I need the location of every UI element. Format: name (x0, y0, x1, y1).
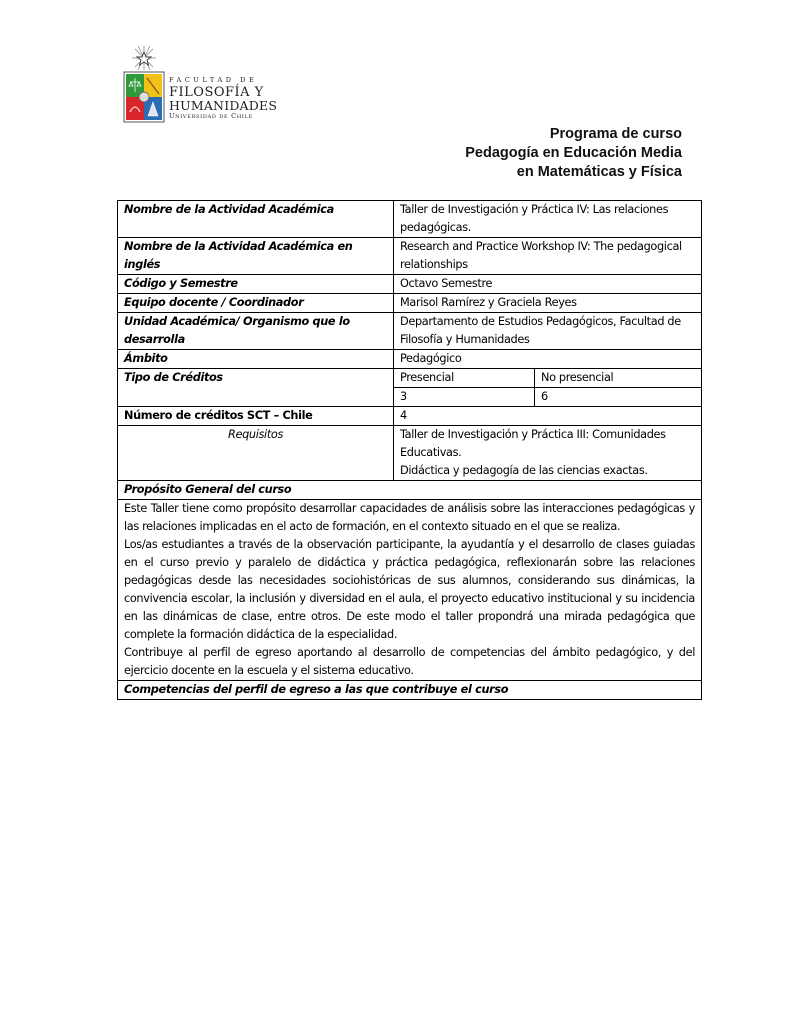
no-presencial-label: No presencial (535, 369, 702, 388)
requisito-item: Didáctica y pedagogía de las ciencias ex… (400, 462, 695, 480)
purpose-header-row: Propósito General del curso (118, 481, 702, 500)
title-line-1: Programa de curso (465, 125, 682, 144)
purpose-paragraph: Contribuye al perfil de egreso aportando… (124, 644, 695, 680)
table-row: Equipo docente / Coordinador Marisol Ram… (118, 294, 702, 313)
row-label: Nombre de la Actividad Académica en ingl… (118, 238, 394, 275)
purpose-paragraph: Este Taller tiene como propósito desarro… (124, 500, 695, 536)
sct-label: Número de créditos SCT – Chile (118, 407, 394, 426)
faculty-name: FACULTAD DE FILOSOFÍA Y HUMANIDADES Univ… (169, 77, 277, 120)
credits-header-row: Tipo de Créditos Presencial No presencia… (118, 369, 702, 388)
purpose-paragraph: Los/as estudiantes a través de la observ… (124, 536, 695, 644)
table-row: Nombre de la Actividad Académica Taller … (118, 201, 702, 238)
presencial-label: Presencial (394, 369, 535, 388)
row-value: Pedagógico (394, 350, 702, 369)
row-value: Taller de Investigación y Práctica IV: L… (394, 201, 702, 238)
table-row: Unidad Académica/ Organismo que lo desar… (118, 313, 702, 350)
course-info-table: Nombre de la Actividad Académica Taller … (117, 200, 702, 700)
faculty-line-3: HUMANIDADES (169, 100, 277, 113)
competencias-header-row: Competencias del perfil de egreso a las … (118, 681, 702, 700)
row-label: Código y Semestre (118, 275, 394, 294)
title-line-3: en Matemáticas y Física (465, 163, 682, 182)
competencias-label: Competencias del perfil de egreso a las … (118, 681, 702, 700)
row-value: Marisol Ramírez y Graciela Reyes (394, 294, 702, 313)
purpose-body-row: Este Taller tiene como propósito desarro… (118, 500, 702, 681)
requisito-item: Taller de Investigación y Práctica III: … (400, 426, 695, 462)
table-row: Ámbito Pedagógico (118, 350, 702, 369)
credits-label: Tipo de Créditos (118, 369, 394, 407)
requisitos-label: Requisitos (118, 426, 394, 481)
no-presencial-value: 6 (535, 388, 702, 407)
university-crest-icon (122, 44, 166, 124)
row-value: Octavo Semestre (394, 275, 702, 294)
row-value: Departamento de Estudios Pedagógicos, Fa… (394, 313, 702, 350)
row-label: Unidad Académica/ Organismo que lo desar… (118, 313, 394, 350)
presencial-value: 3 (394, 388, 535, 407)
faculty-line-2: FILOSOFÍA Y (169, 86, 277, 99)
sct-row: Número de créditos SCT – Chile 4 (118, 407, 702, 426)
table-row: Nombre de la Actividad Académica en ingl… (118, 238, 702, 275)
faculty-logo: FACULTAD DE FILOSOFÍA Y HUMANIDADES Univ… (122, 44, 262, 124)
purpose-text: Este Taller tiene como propósito desarro… (118, 500, 702, 681)
requisitos-row: Requisitos Taller de Investigación y Prá… (118, 426, 702, 481)
requisitos-value: Taller de Investigación y Práctica III: … (394, 426, 702, 481)
faculty-line-1: FACULTAD DE (169, 77, 277, 84)
title-line-2: Pedagogía en Educación Media (465, 144, 682, 163)
row-value: Research and Practice Workshop IV: The p… (394, 238, 702, 275)
document-title: Programa de curso Pedagogía en Educación… (465, 125, 682, 182)
table-row: Código y Semestre Octavo Semestre (118, 275, 702, 294)
row-label: Equipo docente / Coordinador (118, 294, 394, 313)
sct-value: 4 (394, 407, 702, 426)
row-label: Nombre de la Actividad Académica (118, 201, 394, 238)
university-name: Universidad de Chile (169, 113, 277, 120)
purpose-label: Propósito General del curso (118, 481, 702, 500)
row-label: Ámbito (118, 350, 394, 369)
